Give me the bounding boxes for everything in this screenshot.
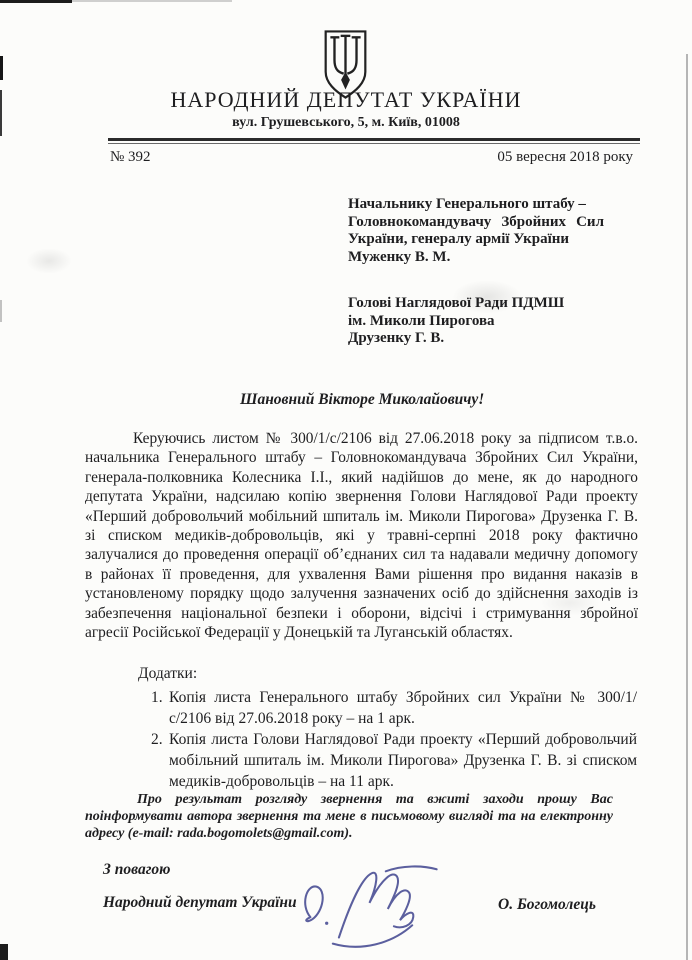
- letterhead-rule-thin: [108, 143, 640, 144]
- recipient-line: України, генералу армії України: [348, 231, 604, 249]
- attachment-item: 2. Копія листа Голови Наглядової Ради пр…: [151, 729, 637, 792]
- reply-instructions-note: Про результат розгляду звернення та вжит…: [85, 791, 613, 842]
- scan-edge-top-faint: [72, 0, 232, 2]
- signer-name: О. Богомолець: [498, 896, 596, 914]
- salutation: Шановний Вікторе Миколайовичу!: [240, 391, 484, 409]
- scanned-letter-page: НАРОДНИЙ ДЕПУТАТ УКРАЇНИ вул. Грушевсько…: [0, 0, 692, 960]
- attachments-label: Додатки:: [138, 665, 197, 683]
- attachment-number: 2.: [151, 729, 169, 792]
- scan-edge-right: [686, 54, 688, 960]
- recipient-line: Муженку В. М.: [348, 249, 604, 267]
- handwritten-signature: [288, 864, 456, 954]
- attachment-number: 1.: [151, 687, 169, 729]
- scan-edge-left: [0, 56, 3, 80]
- letterhead-title: НАРОДНИЙ ДЕПУТАТ УКРАЇНИ: [0, 87, 692, 113]
- recipient-line: Головнокомандувачу Збройних Сил: [348, 214, 604, 232]
- closing-regards: З повагою: [103, 861, 171, 879]
- scan-edge-bottom: [0, 944, 8, 960]
- scan-smudge: [26, 248, 72, 274]
- attachment-text: Копія листа Генерального штабу Збройних …: [169, 687, 637, 729]
- attachment-text: Копія листа Голови Наглядової Ради проек…: [169, 729, 637, 792]
- scan-edge-top: [0, 0, 72, 3]
- recipient-line: Голові Наглядової Ради ПДМШ: [348, 295, 604, 313]
- letter-body: Керуючись листом № 300/1/с/2106 від 27.0…: [85, 429, 638, 642]
- letter-number: № 392: [110, 149, 151, 166]
- recipient-block-general-staff: Начальнику Генерального штабу – Головнок…: [348, 196, 604, 266]
- recipient-line: Начальнику Генерального штабу –: [348, 196, 604, 214]
- recipient-block-pdmsh: Голові Наглядової Ради ПДМШ ім. Миколи П…: [348, 295, 604, 348]
- letterhead-rule: [108, 138, 640, 141]
- letterhead-address: вул. Грушевського, 5, м. Київ, 01008: [0, 115, 692, 131]
- letter-date: 05 вересня 2018 року: [497, 149, 633, 166]
- recipient-line: ім. Миколи Пирогова: [348, 313, 604, 331]
- signer-title: Народний депутат України: [103, 894, 297, 912]
- recipient-line: Друзенку Г. В.: [348, 330, 604, 348]
- attachments-list: 1. Копія листа Генерального штабу Збройн…: [151, 687, 637, 792]
- scan-edge-left-3: [0, 300, 2, 322]
- attachment-item: 1. Копія листа Генерального штабу Збройн…: [151, 687, 637, 729]
